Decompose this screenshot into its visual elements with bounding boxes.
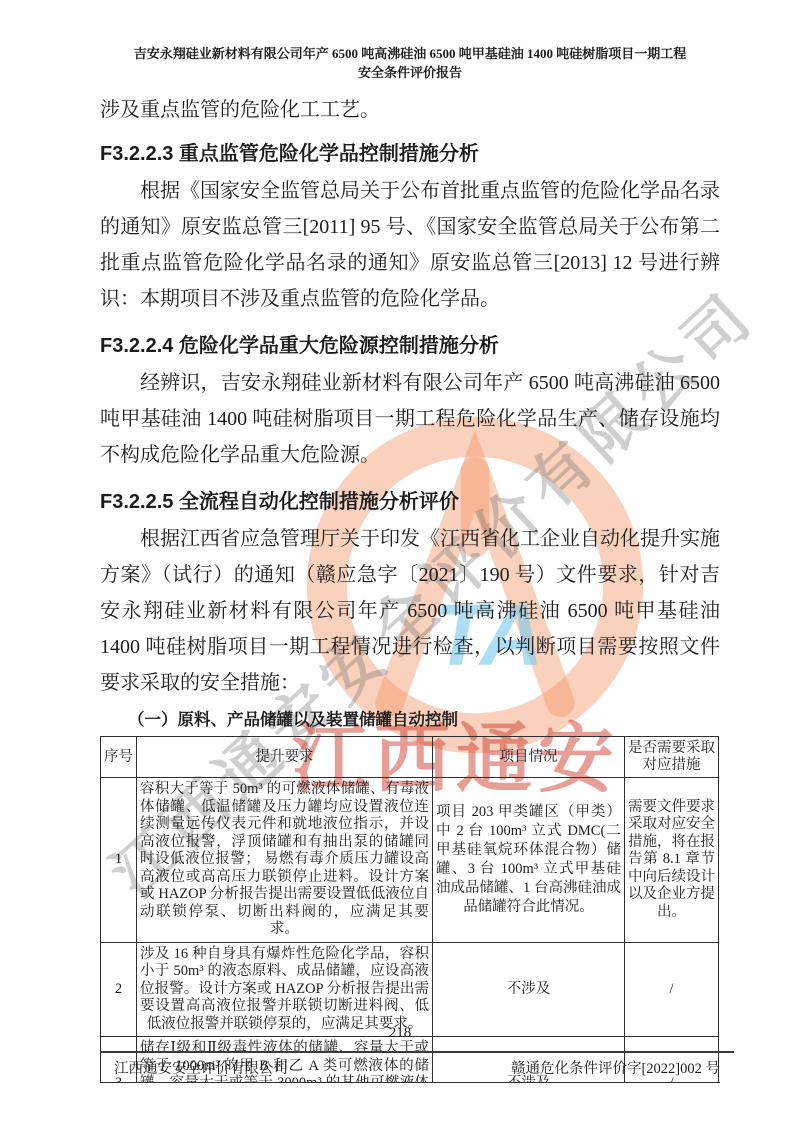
section-heading-f3223: F3.2.2.3 重点监管危险化学品控制措施分析 xyxy=(100,141,720,167)
table-row: 2 涉及 16 种自身具有爆炸性危险化学品，容积小于 50m³ 的液态原料、成品… xyxy=(101,942,719,1037)
cell-no: 1 xyxy=(101,778,137,943)
footer-divider xyxy=(100,1051,734,1053)
section-paragraph-f3224: 经辨识，吉安永翔硅业新材料有限公司年产 6500 吨高沸硅油 6500 吨甲基硅… xyxy=(100,365,720,473)
section-paragraph-f3225: 根据江西省应急管理厅关于印发《江西省化工企业自动化提升实施方案》（试行）的通知（… xyxy=(100,521,720,701)
running-header-line2: 安全条件评价报告 xyxy=(100,63,720,82)
col-header-requirement: 提升要求 xyxy=(137,737,433,778)
cell-action: 需要文件要求采取对应安全措施，将在报告第 8.1 章节中向后续设计以及企业方提出… xyxy=(625,778,719,943)
running-header-line1: 吉安永翔硅业新材料有限公司年产 6500 吨高沸硅油 6500 吨甲基硅油 14… xyxy=(100,44,720,63)
table-header-row: 序号 提升要求 项目情况 是否需要采取对应措施 xyxy=(101,737,719,778)
cell-requirement: 涉及 16 种自身具有爆炸性危险化学品，容积小于 50m³ 的液态原料、成品储罐… xyxy=(137,942,433,1037)
carryover-paragraph: 涉及重点监管的危险化工工艺。 xyxy=(100,95,720,125)
footer: 江西通安安全评价有限公司 赣通危化条件评价字[2022]002 号 xyxy=(114,1057,720,1078)
section-heading-f3225: F3.2.2.5 全流程自动化控制措施分析评价 xyxy=(100,489,720,515)
cell-situation: 不涉及 xyxy=(433,942,625,1037)
cell-situation: 项目 203 甲类罐区（甲类）中 2 台 100m³ 立式 DMC(二甲基硅氧烷… xyxy=(433,778,625,943)
footer-company: 江西通安安全评价有限公司 xyxy=(114,1057,288,1078)
section-paragraph-f3223: 根据《国家安全监管总局关于公布首批重点监管的危险化学品名录的通知》原安监总管三[… xyxy=(100,173,720,317)
cell-action: / xyxy=(625,942,719,1037)
table-caption: （一）原料、产品储罐以及装置储罐自动控制 xyxy=(128,709,720,731)
footer-doc-number: 赣通危化条件评价字[2022]002 号 xyxy=(511,1057,720,1078)
col-header-no: 序号 xyxy=(101,737,137,778)
document-page: TA 江西通安安全评价有限公司 江西通安 吉安永翔硅业新材料有限公司年产 650… xyxy=(0,0,800,1131)
page-content: 吉安永翔硅业新材料有限公司年产 6500 吨高沸硅油 6500 吨甲基硅油 14… xyxy=(100,44,720,1083)
col-header-action: 是否需要采取对应措施 xyxy=(625,737,719,778)
table-row: 1 容积大于等于 50m³ 的可燃液体储罐、有毒液体储罐、低温储罐及压力罐均应设… xyxy=(101,778,719,943)
running-header: 吉安永翔硅业新材料有限公司年产 6500 吨高沸硅油 6500 吨甲基硅油 14… xyxy=(100,44,720,82)
col-header-situation: 项目情况 xyxy=(433,737,625,778)
page-number: 218 xyxy=(0,1025,800,1042)
section-heading-f3224: F3.2.2.4 危险化学品重大危险源控制措施分析 xyxy=(100,333,720,359)
cell-no: 2 xyxy=(101,942,137,1037)
cell-requirement: 容积大于等于 50m³ 的可燃液体储罐、有毒液体储罐、低温储罐及压力罐均应设置液… xyxy=(137,778,433,943)
